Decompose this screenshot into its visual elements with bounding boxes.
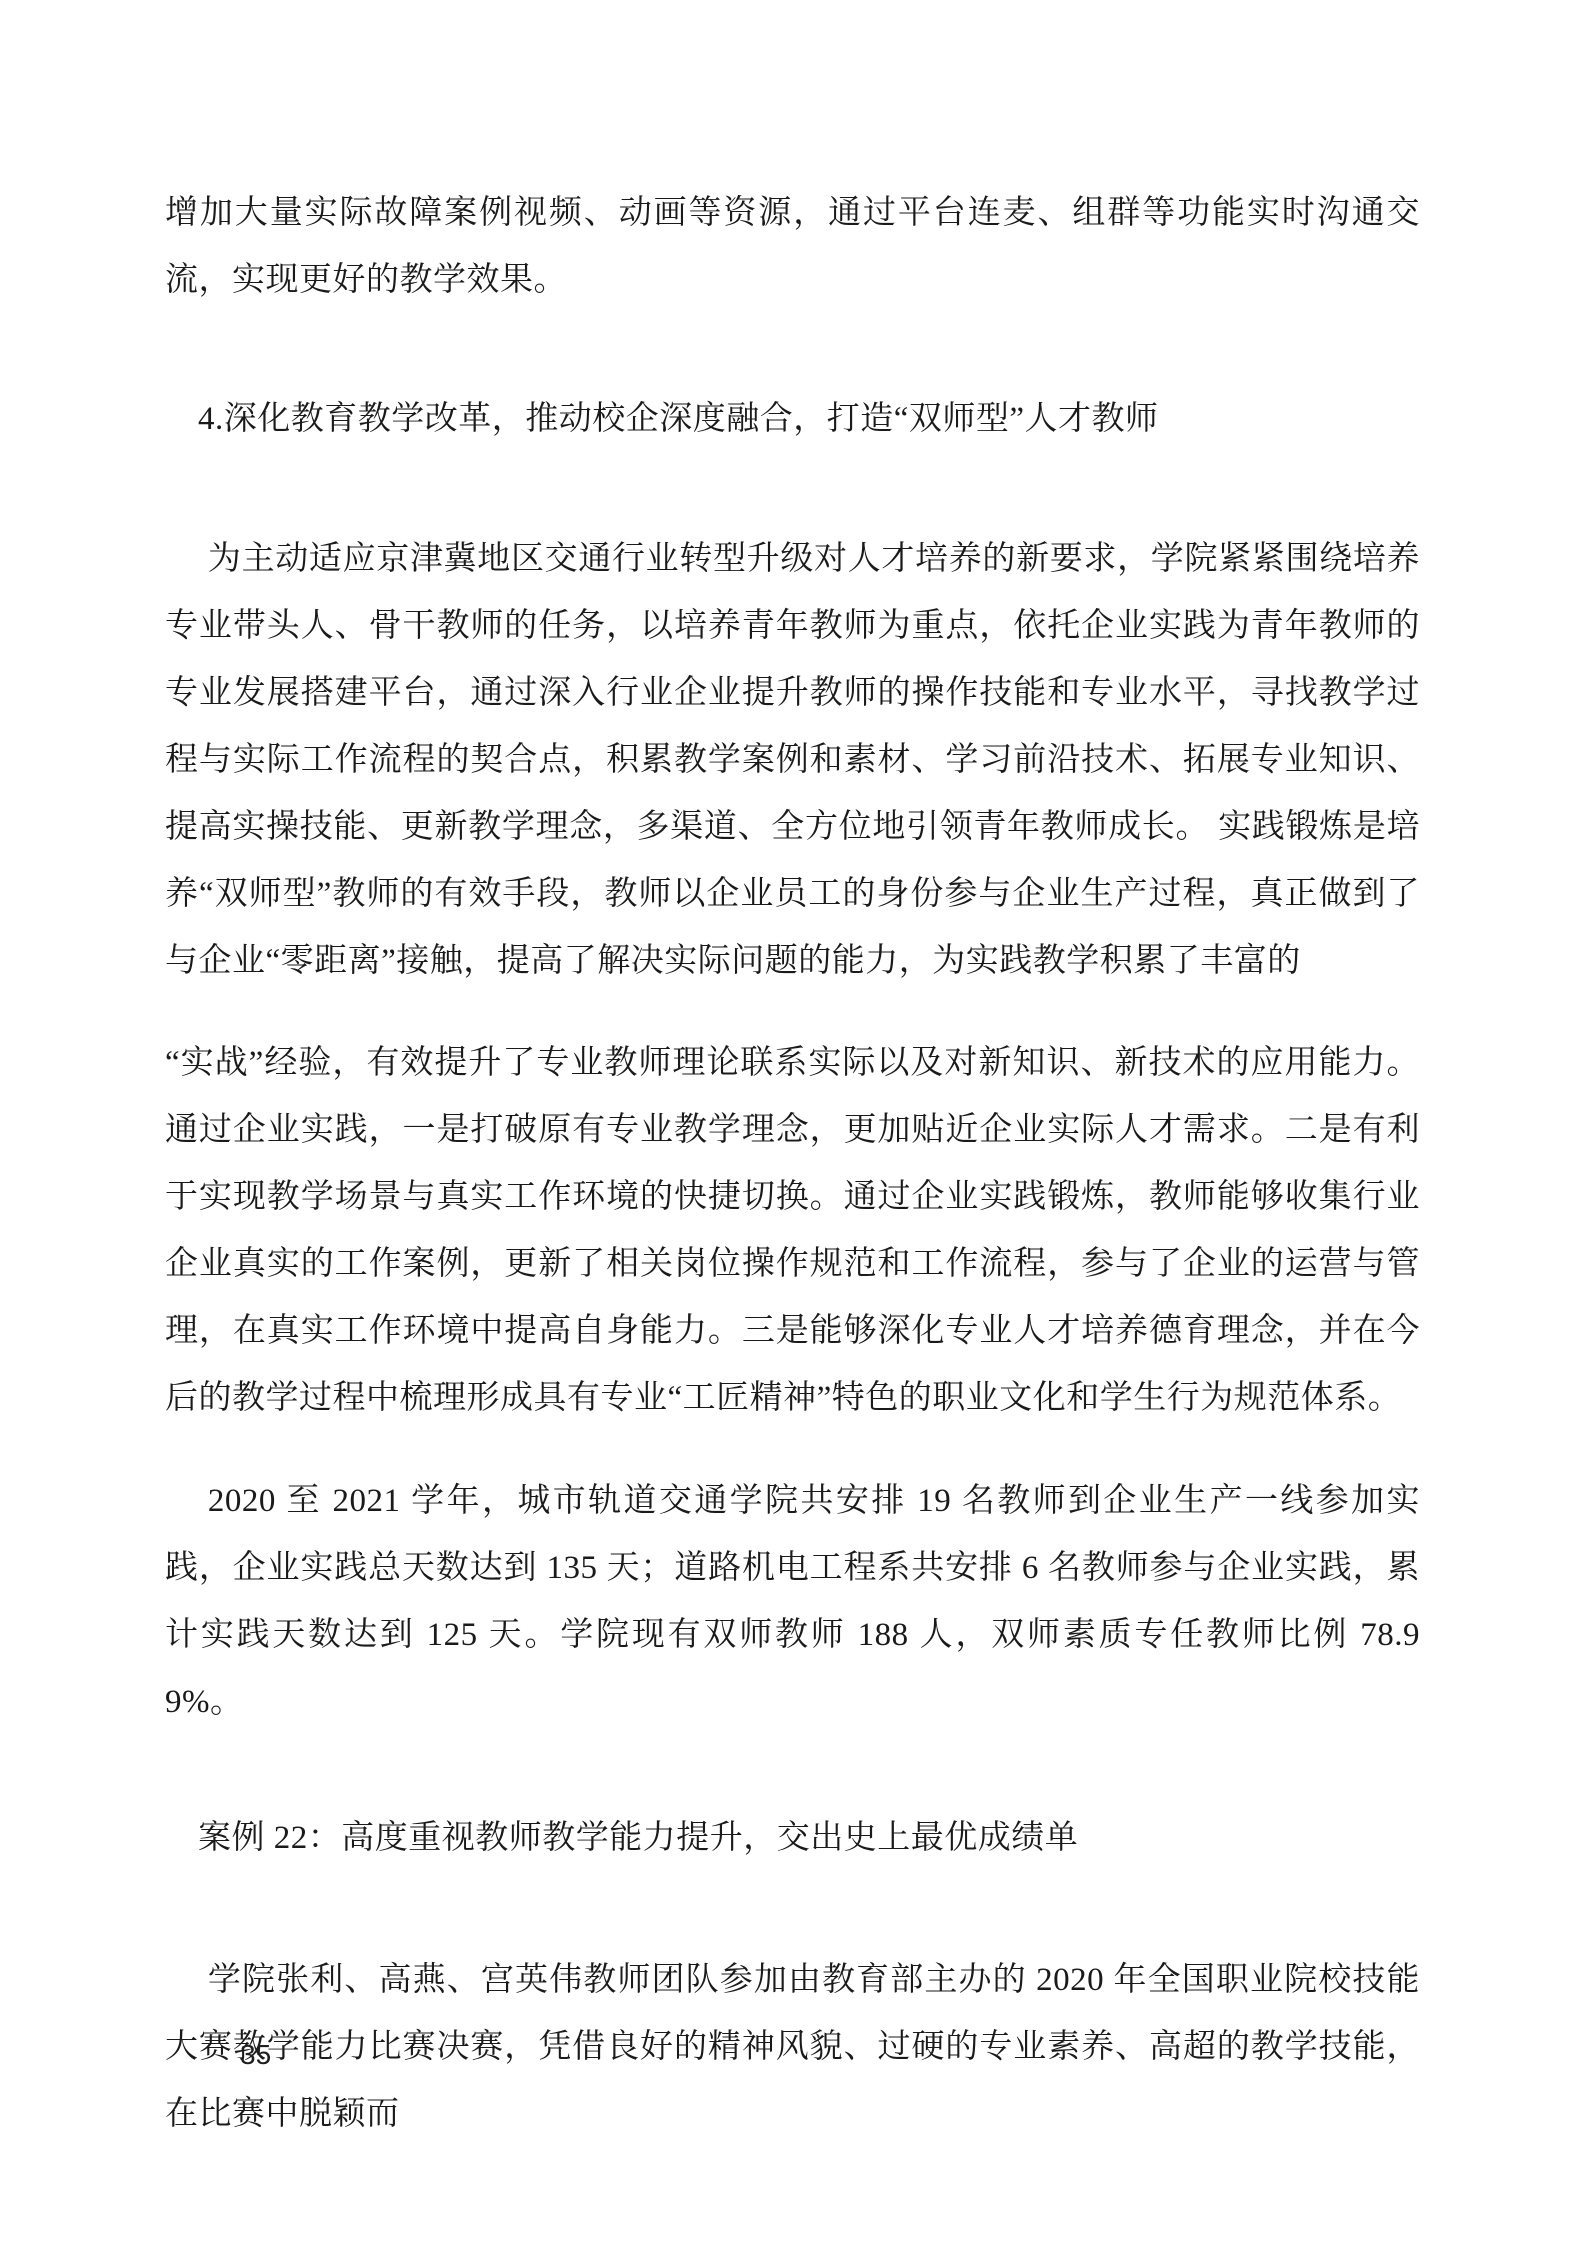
paragraph-body-2: “实战”经验，有效提升了专业教师理论联系实际以及对新知识、新技术的应用能力。 通… (165, 1030, 1420, 1432)
section-heading: 4.深化教育教学改革，推动校企深度融合，打造“双师型”人才教师 (165, 386, 1420, 453)
paragraph-body-3: 2020 至 2021 学年，城市轨道交通学院共安排 19 名教师到企业生产一线… (165, 1468, 1420, 1736)
case-title: 案例 22：高度重视教师教学能力提升，交出史上最优成绩单 (165, 1805, 1420, 1872)
page-number: 35 (240, 2038, 271, 2072)
paragraph-case-body: 学院张利、高燕、宫英伟教师团队参加由教育部主办的 2020 年全国职业院校技能大… (165, 1947, 1420, 2148)
paragraph-body-1: 为主动适应京津冀地区交通行业转型升级对人才培养的新要求，学院紧紧围绕培养专业带头… (165, 526, 1420, 995)
document-page: 增加大量实际故障案例视频、动画等资源，通过平台连麦、组群等功能实时沟通交流，实现… (0, 0, 1587, 2245)
paragraph-continuation: 增加大量实际故障案例视频、动画等资源，通过平台连麦、组群等功能实时沟通交流，实现… (165, 180, 1420, 314)
page-content: 增加大量实际故障案例视频、动画等资源，通过平台连麦、组群等功能实时沟通交流，实现… (165, 0, 1420, 2148)
